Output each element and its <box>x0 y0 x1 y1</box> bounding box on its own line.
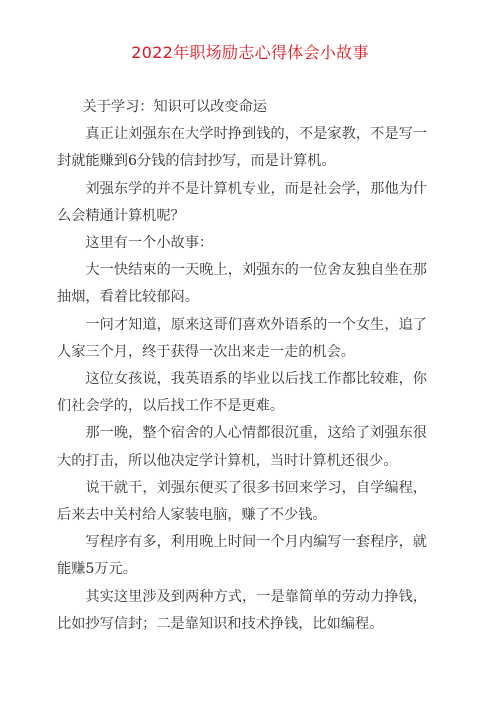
paragraph: 那一晚，整个宿舍的人心情都很沉重，这给了刘强东很 大的打击，所以他决定学计算机，… <box>57 420 427 474</box>
paragraph: 大一快结束的一天晚上，刘强东的一位舍友独自坐在那 抽烟，看着比较郁闷。 <box>57 257 427 311</box>
paragraph: 关于学习：知识可以改变命运 <box>57 94 427 121</box>
paragraph: 说干就干，刘强东便买了很多书回来学习，自学编程， 后来去中关村给人家装电脑，赚了… <box>57 475 427 529</box>
paragraph: 这位女孩说，我英语系的毕业以后找工作都比较难，你 们社会学的，以后找工作不是更难… <box>57 366 427 420</box>
document-body: 关于学习：知识可以改变命运 真正让刘强东在大学时挣到钱的，不是家教，不是写一 封… <box>57 94 427 638</box>
document-title: 2022年职场励志心得体会小故事 <box>0 40 500 63</box>
paragraph: 刘强东学的并不是计算机专业，而是社会学，那他为什 么会精通计算机呢？ <box>57 176 427 230</box>
paragraph: 真正让刘强东在大学时挣到钱的，不是家教，不是写一 封就能赚到6分钱的信封抄写，而… <box>57 121 427 175</box>
document-page: 2022年职场励志心得体会小故事 关于学习：知识可以改变命运 真正让刘强东在大学… <box>0 0 500 707</box>
paragraph: 写程序有多，利用晚上时间一个月内编写一套程序，就 能赚5万元。 <box>57 529 427 583</box>
paragraph: 这里有一个小故事： <box>57 230 427 257</box>
paragraph: 一问才知道，原来这哥们喜欢外语系的一个女生，追了 人家三个月，终于获得一次出来走… <box>57 312 427 366</box>
paragraph: 其实这里涉及到两种方式，一是靠简单的劳动力挣钱， 比如抄写信封；二是靠知识和技术… <box>57 584 427 638</box>
